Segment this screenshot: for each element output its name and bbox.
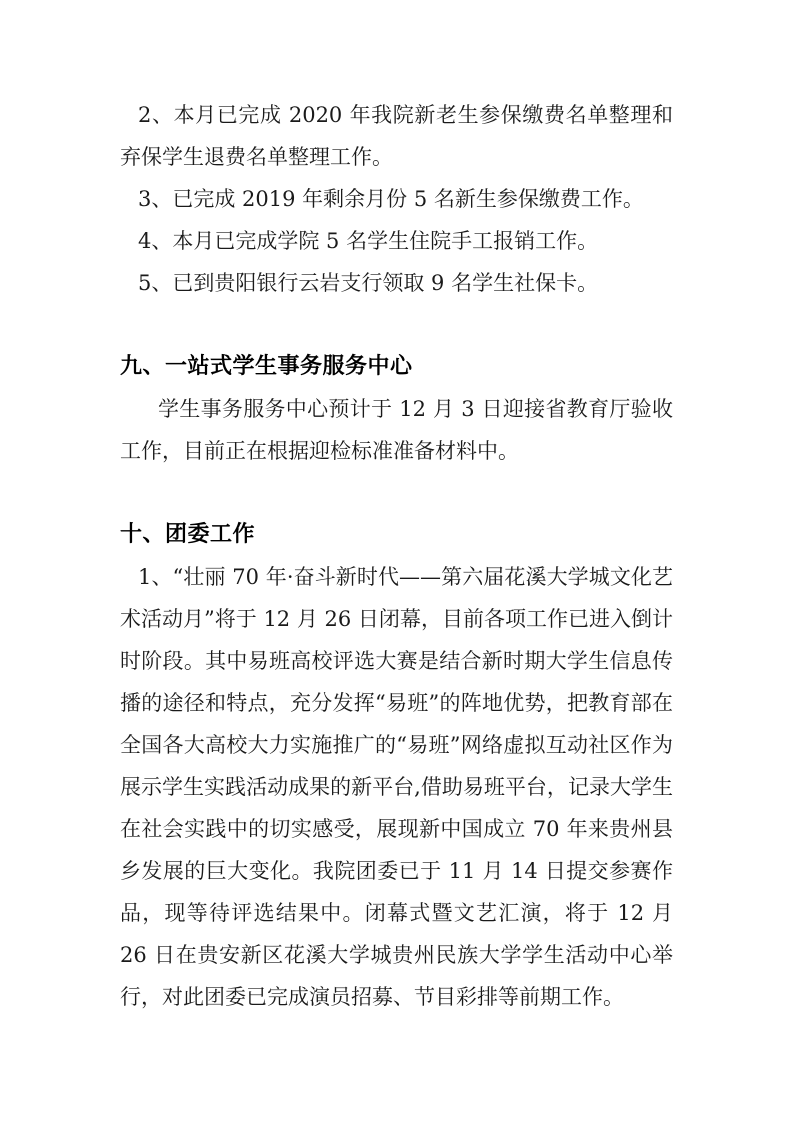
section-heading: 九、一站式学生事务服务中心 xyxy=(120,346,673,388)
numbered-item: 3、已完成 2019 年剩余月份 5 名新生参保缴费工作。 xyxy=(120,178,673,220)
numbered-item: 1、“壮丽 70 年·奋斗新时代——第六届花溪大学城文化艺术活动月”将于 12 … xyxy=(120,556,673,1018)
body-paragraph: 学生事务服务中心预计于 12 月 3 日迎接省教育厅验收工作，目前正在根据迎检标… xyxy=(120,388,673,472)
numbered-item: 4、本月已完成学院 5 名学生住院手工报销工作。 xyxy=(120,220,673,262)
numbered-item: 5、已到贵阳银行云岩支行领取 9 名学生社保卡。 xyxy=(120,262,673,304)
section-heading: 十、团委工作 xyxy=(120,514,673,556)
numbered-item: 2、本月已完成 2020 年我院新老生参保缴费名单整理和弃保学生退费名单整理工作… xyxy=(120,94,673,178)
document-body: 2、本月已完成 2020 年我院新老生参保缴费名单整理和弃保学生退费名单整理工作… xyxy=(120,94,673,1018)
document-page: 2、本月已完成 2020 年我院新老生参保缴费名单整理和弃保学生退费名单整理工作… xyxy=(0,0,793,1122)
